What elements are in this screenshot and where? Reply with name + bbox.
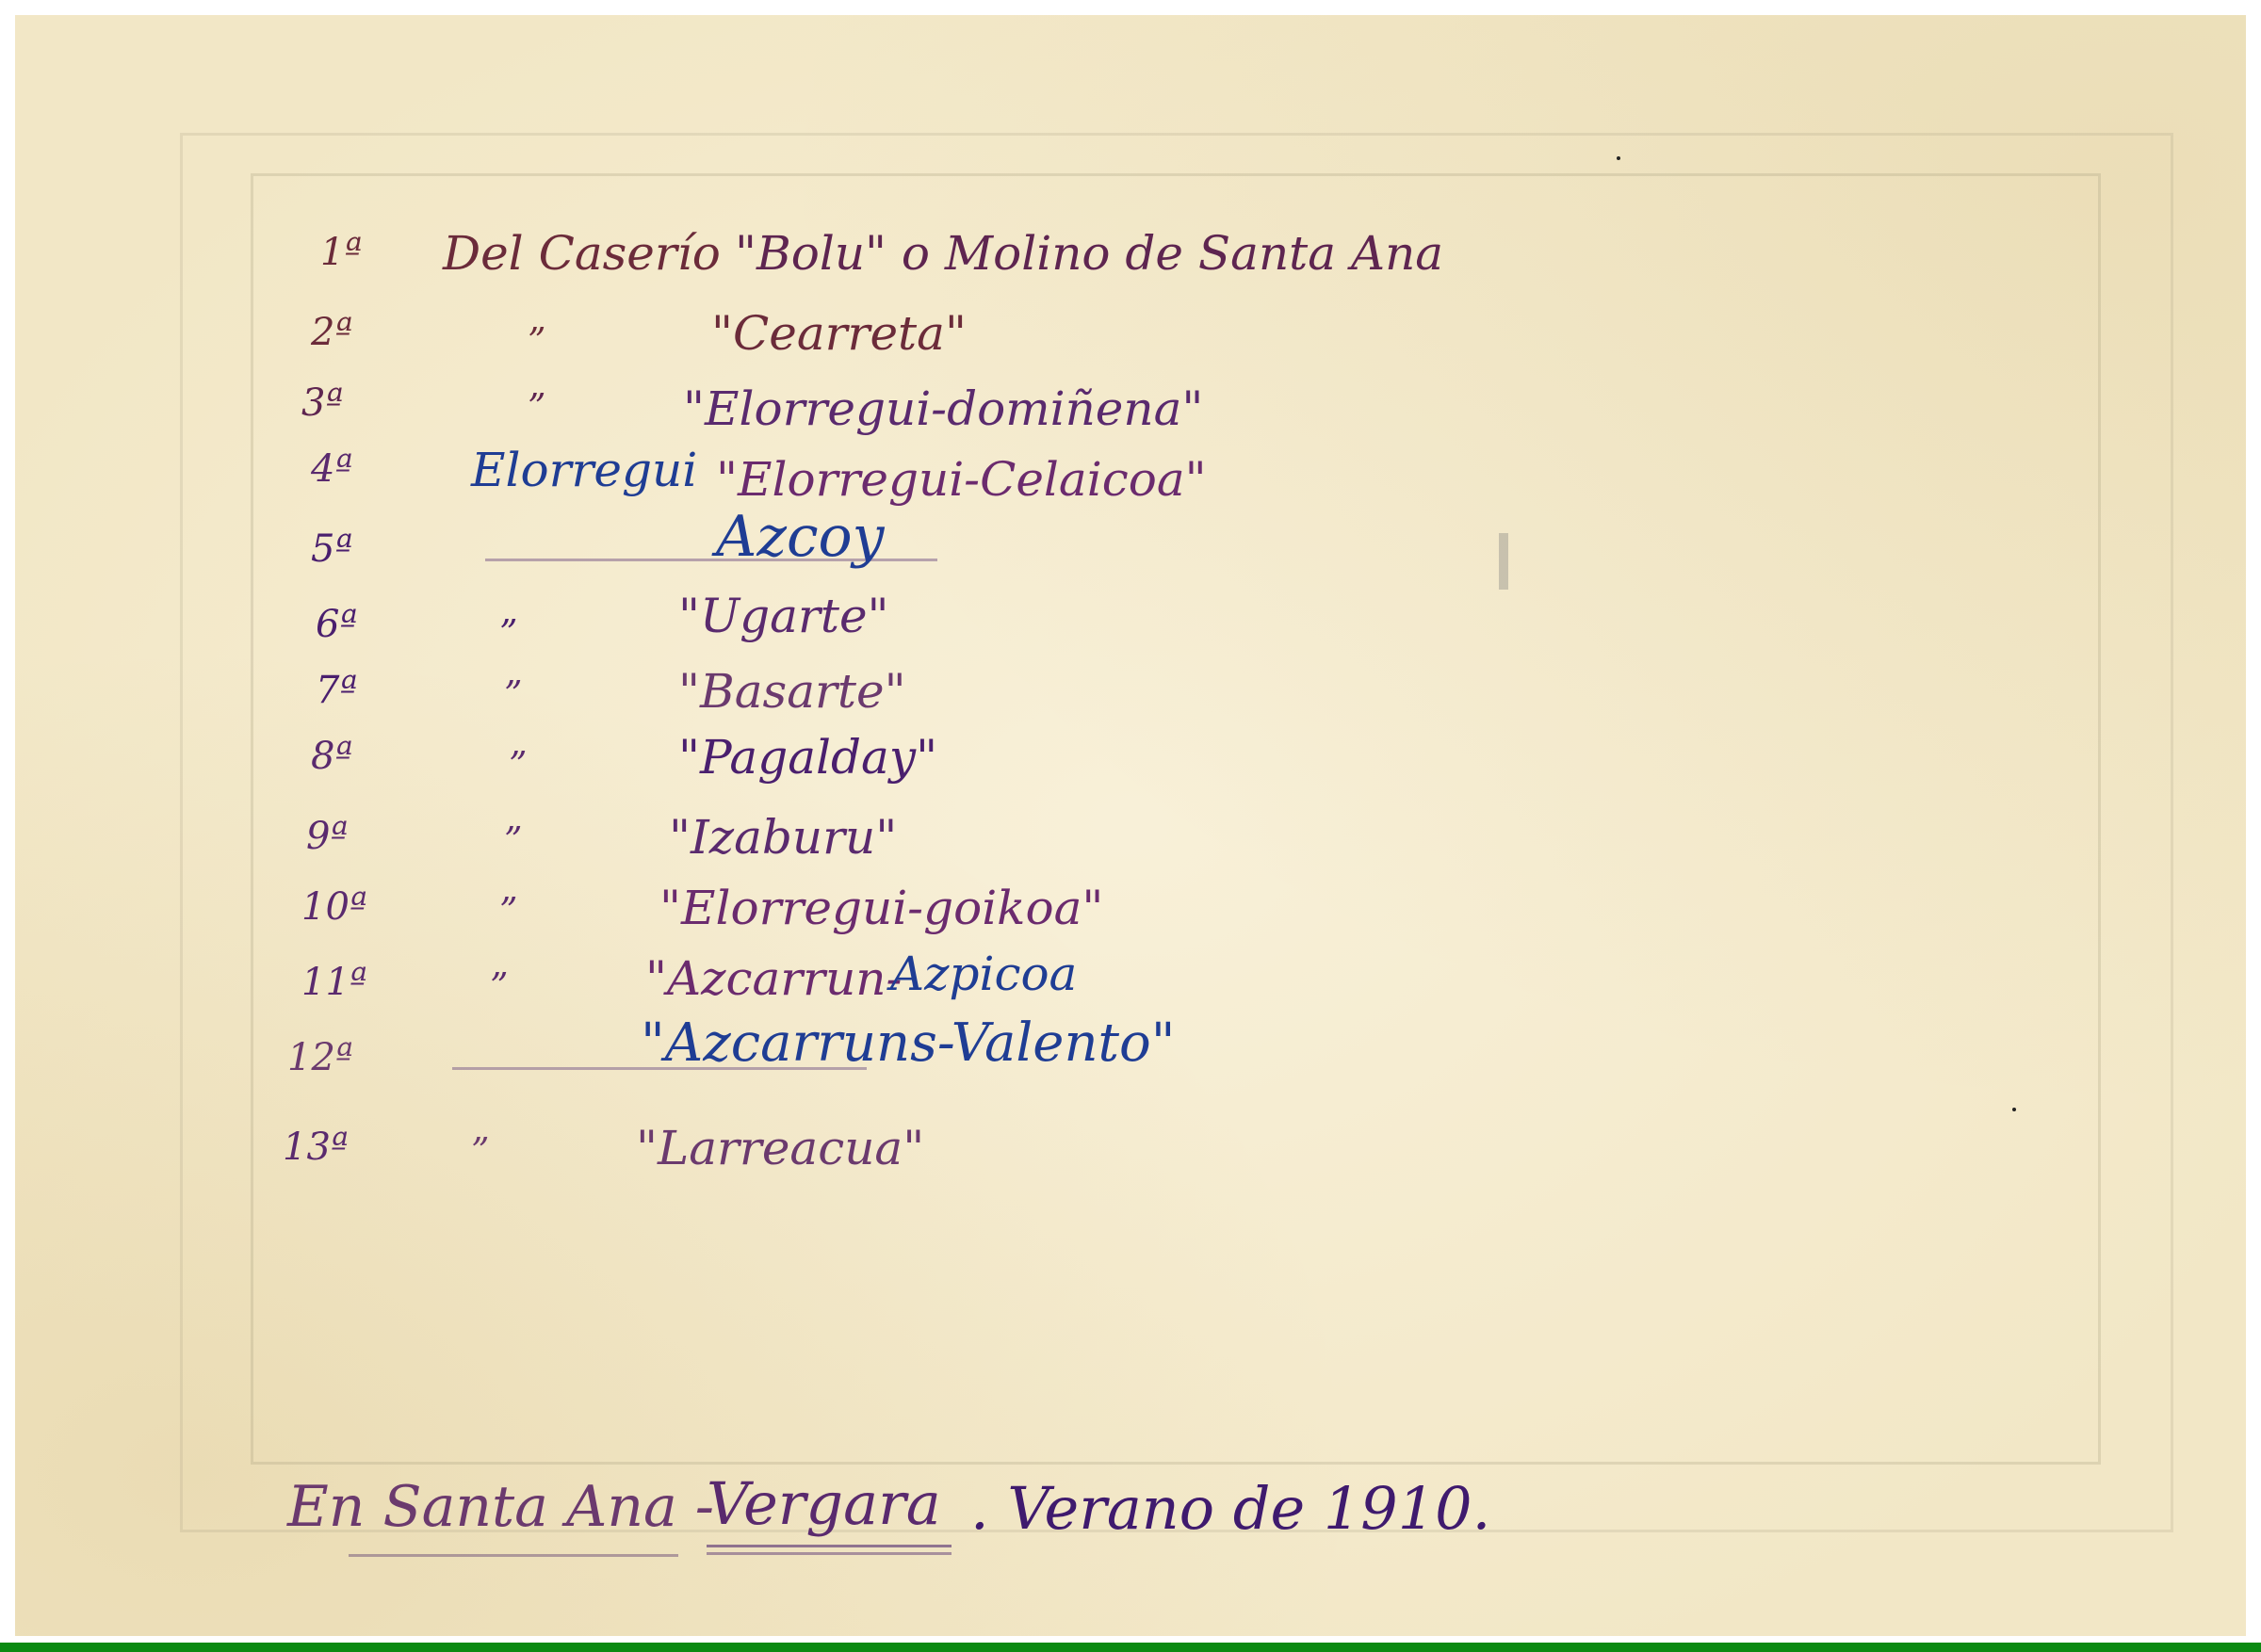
entry-number: 13ª	[283, 1126, 349, 1169]
footer-date: . Verano de 1910.	[970, 1474, 1490, 1543]
entry-name: "Azcarruns-Valento"	[641, 1012, 1176, 1074]
ditto-mark: ”	[528, 386, 545, 428]
entry-correction: Elorregui	[471, 443, 697, 497]
ditto-mark: ”	[471, 1130, 489, 1172]
bottom-bar	[0, 1643, 2261, 1652]
ditto-mark: ”	[499, 612, 517, 654]
entry-prefix: Del Caserío	[443, 226, 721, 281]
entry-name: "Ugarte"	[678, 589, 889, 643]
entry-name: "Azcarrun-	[645, 951, 902, 1006]
entry-number: 9ª	[306, 815, 348, 858]
pencil-smudge	[1499, 533, 1508, 590]
entry-number: 7ª	[316, 669, 357, 712]
entry-name: "Basarte"	[678, 664, 906, 719]
ditto-mark: ”	[490, 965, 508, 1007]
entry-number: 10ª	[301, 885, 367, 929]
plate-mark-inner	[251, 173, 2101, 1465]
underline	[349, 1554, 678, 1557]
entry-number: 11ª	[301, 961, 367, 1004]
entry-number: 1ª	[320, 231, 362, 274]
entry-number: 3ª	[301, 381, 343, 425]
underline	[707, 1552, 952, 1555]
ditto-mark: ”	[509, 744, 527, 786]
entry-name: "Cearreta"	[711, 306, 967, 361]
ditto-mark: ”	[504, 673, 522, 715]
ditto-mark: ”	[528, 320, 545, 362]
entry-number: 2ª	[311, 311, 352, 354]
entry-name: "Bolu" o Molino de Santa Ana	[735, 226, 1443, 281]
ditto-mark: ”	[504, 819, 522, 861]
entry-name: "Pagalday"	[678, 730, 937, 785]
entry-name: "Larreacua"	[636, 1121, 924, 1175]
entry-name: "Elorregui-goikoa"	[659, 881, 1103, 935]
footer-town: Vergara	[707, 1469, 941, 1538]
entry-correction: Azpicoa	[890, 947, 1077, 1001]
entry-number: 8ª	[311, 735, 352, 778]
entry-number: 6ª	[316, 603, 357, 646]
entry-number: 4ª	[311, 447, 352, 491]
entry-name: "Elorregui-Celaicoa"	[716, 452, 1207, 507]
speck	[2012, 1108, 2016, 1111]
speck	[1617, 156, 1620, 160]
entry-name: "Izaburu"	[669, 810, 897, 865]
entry-name: "Elorregui-domiñena"	[683, 381, 1203, 436]
entry-name: Azcoy	[716, 504, 885, 570]
entry-number: 12ª	[287, 1036, 353, 1079]
underline	[707, 1545, 952, 1547]
entry-number: 5ª	[311, 527, 352, 571]
footer-place: En Santa Ana -	[287, 1474, 714, 1540]
ditto-mark: ”	[499, 890, 517, 931]
